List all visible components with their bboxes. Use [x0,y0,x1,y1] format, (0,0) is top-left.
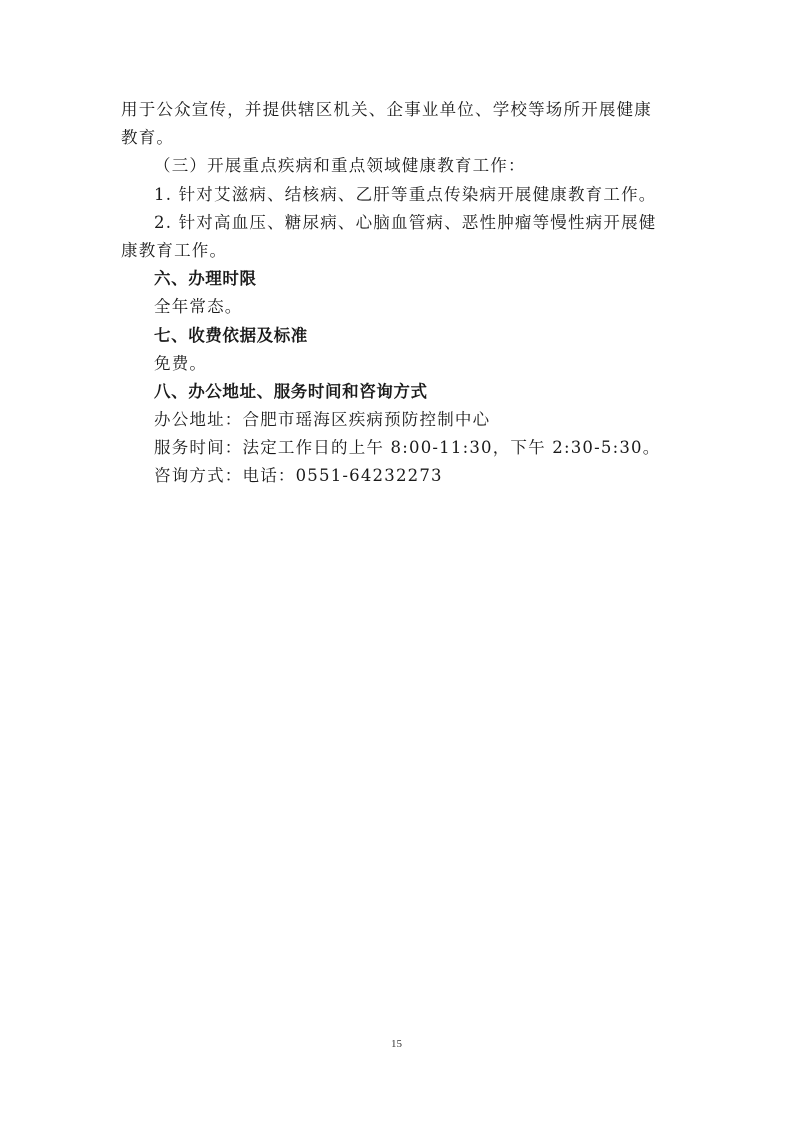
document-body: 用于公众宣传，并提供辖区机关、企事业单位、学校等场所开展健康 教育。 （三）开展… [121,96,677,491]
paragraph-line: 全年常态。 [121,293,677,321]
section-heading-time-limit: 六、办理时限 [121,265,677,293]
section-heading-contact: 八、办公地址、服务时间和咨询方式 [121,378,677,406]
paragraph-line: 用于公众宣传，并提供辖区机关、企事业单位、学校等场所开展健康 [121,96,677,124]
list-item: 1. 针对艾滋病、结核病、乙肝等重点传染病开展健康教育工作。 [121,181,677,209]
office-address: 办公地址：合肥市瑶海区疾病预防控制中心 [121,406,677,434]
paragraph-line: 免费。 [121,350,677,378]
paragraph-line: 教育。 [121,124,677,152]
subsection-heading: （三）开展重点疾病和重点领域健康教育工作： [121,152,677,180]
paragraph-line: 康教育工作。 [121,237,677,265]
page-number: 15 [0,1038,793,1050]
list-item: 2. 针对高血压、糖尿病、心脑血管病、恶性肿瘤等慢性病开展健 [121,209,677,237]
section-heading-fees: 七、收费依据及标准 [121,322,677,350]
service-hours: 服务时间：法定工作日的上午 8:00-11:30，下午 2:30-5:30。 [121,434,677,462]
contact-phone: 咨询方式：电话：0551-64232273 [121,462,677,490]
